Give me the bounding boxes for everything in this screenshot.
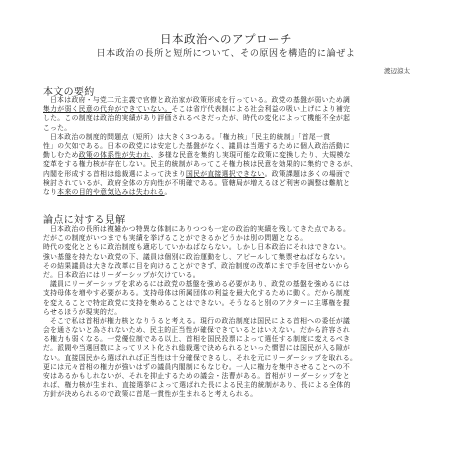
text-segment: 安はあるかもしれないが、それを抑止するための議会・法曹がある。首相がリーダーシッ…: [43, 372, 350, 380]
text-line: 検討されているが、政府全体の方向性が不明確である。管轄局が増えるほど利害の調整は…: [43, 179, 411, 188]
author-name: 渡辺涼太: [384, 66, 410, 75]
text-line: らせるほうが現実的だ。: [43, 308, 411, 317]
text-line: 集力が弱く民意の代弁ができていない。そこは省庁代表制による社会利益の吸い上げによ…: [43, 105, 411, 114]
text-line: 日本政治の長所は複雑かつ特異な体制にありつつも一定の政治的実績を残してきた点であ…: [43, 225, 411, 234]
text-segment: 勤しむため: [43, 151, 79, 159]
text-segment: 日本政治の制度的問題点（短所）は大きく3つある。「権力核」「民主的統制」「首尾一…: [50, 133, 330, 141]
text-line: その結果議員は大きな改革に目を向けることができず、政治制度の改革にまで手を回せな…: [43, 262, 411, 271]
text-line: 日本政治の制度的問題点（短所）は大きく3つある。「権力核」「民主的統制」「首尾一…: [43, 133, 411, 142]
text-segment: 強い基盤を持たない政党の下、議員は個別に政治運動をし、アピールして集票せねばなら…: [43, 253, 350, 261]
text-line: した。この制度は政治的実績があり評価されるべきだったが、時代の変化によって機能不…: [43, 114, 411, 123]
text-segment: る権力も弱くなる。一党優位制である以上、首相を国民投票によって選任する制度に変え…: [43, 335, 350, 343]
text-line: 安はあるかもしれないが、それを抑止するための議会・法曹がある。首相がリーダーシッ…: [43, 372, 411, 381]
text-segment: ない。直接国民から選ばれれば正当性は十分確保できるし、それを元にリーダーシップを…: [43, 354, 357, 362]
text-line: れば、権力核が生まれ、直接選挙によって選ばれた長による民主的統制があり、長による…: [43, 381, 411, 390]
text-line: 性」の欠如である。日本の政党には安定した基盤がなく、議員は当選するために個人政治…: [43, 142, 411, 151]
text-segment: 。: [165, 188, 172, 196]
text-segment: 更には元々首相の権力が強いはずの議員内閣制にもなじむ。一人に権力を集中させること…: [43, 363, 350, 371]
text-line: 更には元々首相の権力が強いはずの議員内閣制にもなじむ。一人に権力を集中させること…: [43, 363, 411, 372]
text-line: 方針が決められるので政策に首尾一貫性が生まれると考えられる。: [43, 390, 411, 399]
text-line: だ。日本政治にはリーダーシップが欠けている。: [43, 271, 411, 280]
text-segment: 支持母体を増やす必要がある。支持母体は所属団体の利益を最大化するために動く。だか…: [43, 289, 350, 297]
text-segment: そこで私は首相が権力核となりうると考える。現行の政治制度は国民による首相への委任…: [50, 317, 350, 325]
text-segment: 方針が決められるので政策に首尾一貫性が生まれると考えられる。: [43, 390, 257, 398]
text-segment: その結果議員は大きな改革に目を向けることができず、政治制度の改革にまで手を回せな…: [43, 262, 350, 270]
text-segment: こった。: [43, 124, 71, 132]
text-segment: 時代の変化とともに政治制度も適応していかねばならない。しかし日本政治にそれはでき…: [43, 243, 350, 251]
document-title: 日本政治へのアプローチ: [0, 31, 452, 47]
text-segment: だがこの制度がいつまでも実績を挙げることができるかどうかは別の問題となる。: [43, 234, 307, 242]
text-segment: した。この制度は政治的実績があり評価されるべきだったが、時代の変化によって機能不…: [43, 114, 350, 122]
text-line: だ。派閥や当選回数によってリスト化され総裁選で決められるといった慣習には国民が入…: [43, 344, 411, 353]
text-line: を変えることで特定政党に支持を集めることはできない。そうなると別のアクターに主導…: [43, 299, 411, 308]
text-segment: なり: [43, 188, 57, 196]
text-line: 変革をする権力核が存在しない。民主的統制があってこそ権力核は民意を効果的に集約で…: [43, 160, 411, 169]
text-segment: 、多様な民意を集約し実現可能な政策に変換したり、大規模な: [151, 151, 351, 159]
text-segment: 内閣を形成する首相は総裁選によって決まり: [43, 170, 186, 178]
text-line: そこで私は首相が権力核となりうると考える。現行の政治制度は国民による首相への委任…: [43, 317, 411, 326]
text-segment: を変えることで特定政党に支持を集めることはできない。そうなると別のアクターに主導…: [43, 299, 350, 307]
text-segment: 日本は政府・与党二元主義で官僚と政治家が政策形成を行っている。政党の基盤が弱いた…: [50, 96, 350, 104]
opinion-body: 日本政治の長所は複雑かつ特異な体制にありつつも一定の政治的実績を残してきた点であ…: [43, 225, 411, 400]
text-line: 会を通さないと為されないため、民主的正当性が確保できているとはいえない。だから許…: [43, 326, 411, 335]
text-segment: 検討されているが、政府全体の方向性が不明確である。管轄局が増えるほど利害の調整は…: [43, 179, 350, 187]
text-segment: そこは省庁代表制による社会利益の吸い上げにより補完: [172, 105, 351, 113]
section-heading-opinion: 論点に対する見解: [43, 211, 125, 226]
text-line: 勤しむため政策の体系性が失われ、多様な民意を集約し実現可能な政策に変換したり、大…: [43, 151, 411, 160]
text-segment: らせるほうが現実的だ。: [43, 308, 121, 316]
underlined-text: 政策の体系性が失われ: [79, 151, 151, 159]
underlined-text: 国民が直接選択できない: [186, 170, 265, 178]
underlined-text: 本来の目的や意気込みは失われる: [57, 188, 164, 196]
text-segment: 議員にリーダーシップを求めるには政党の基盤を強める必要があり、政党の基盤を強める…: [50, 280, 350, 288]
text-line: る権力も弱くなる。一党優位制である以上、首相を国民投票によって選任する制度に変え…: [43, 335, 411, 344]
text-segment: 。政策課題は多くの場面で: [265, 170, 351, 178]
text-segment: 日本政治の長所は複雑かつ特異な体制にありつつも一定の政治的実績を残してきた点であ…: [50, 225, 350, 233]
text-line: なり本来の目的や意気込みは失われる。: [43, 188, 411, 197]
text-segment: 性」の欠如である。日本の政党には安定した基盤がなく、議員は当選するために個人政治…: [43, 142, 350, 150]
text-line: 日本は政府・与党二元主義で官僚と政治家が政策形成を行っている。政党の基盤が弱いた…: [43, 96, 411, 105]
text-line: ない。直接国民から選ばれれば正当性は十分確保できるし、それを元にリーダーシップを…: [43, 354, 411, 363]
text-segment: 会を通さないと為されないため、民主的正当性が確保できているとはいえない。だから許…: [43, 326, 350, 334]
text-line: 時代の変化とともに政治制度も適応していかねばならない。しかし日本政治にそれはでき…: [43, 243, 411, 252]
summary-body: 日本は政府・与党二元主義で官僚と政治家が政策形成を行っている。政党の基盤が弱いた…: [43, 96, 411, 197]
text-line: 強い基盤を持たない政党の下、議員は個別に政治運動をし、アピールして集票せねばなら…: [43, 253, 411, 262]
text-segment: だ。派閥や当選回数によってリスト化され総裁選で決められるといった慣習には国民が入…: [43, 344, 350, 352]
text-line: 支持母体を増やす必要がある。支持母体は所属団体の利益を最大化するために動く。だか…: [43, 289, 411, 298]
text-segment: 変革をする権力核が存在しない。民主的統制があってこそ権力核は民意を効果的に集約で…: [43, 160, 357, 168]
document-page: 日本政治へのアプローチ 日本政治の長所と短所について、その原因を構造的に論ぜよ …: [0, 0, 452, 452]
text-segment: れば、権力核が生まれ、直接選挙によって選ばれた長による民主的統制があり、長による…: [43, 381, 351, 389]
text-segment: だ。日本政治にはリーダーシップが欠けている。: [43, 271, 200, 279]
document-subtitle: 日本政治の長所と短所について、その原因を構造的に論ぜよ: [0, 46, 452, 59]
underlined-text: 集力が弱く民意の代弁ができていない。: [43, 105, 172, 113]
text-line: 内閣を形成する首相は総裁選によって決まり国民が直接選択できない。政策課題は多くの…: [43, 170, 411, 179]
text-line: こった。: [43, 124, 411, 133]
text-line: 議員にリーダーシップを求めるには政党の基盤を強める必要があり、政党の基盤を強める…: [43, 280, 411, 289]
text-line: だがこの制度がいつまでも実績を挙げることができるかどうかは別の問題となる。: [43, 234, 411, 243]
